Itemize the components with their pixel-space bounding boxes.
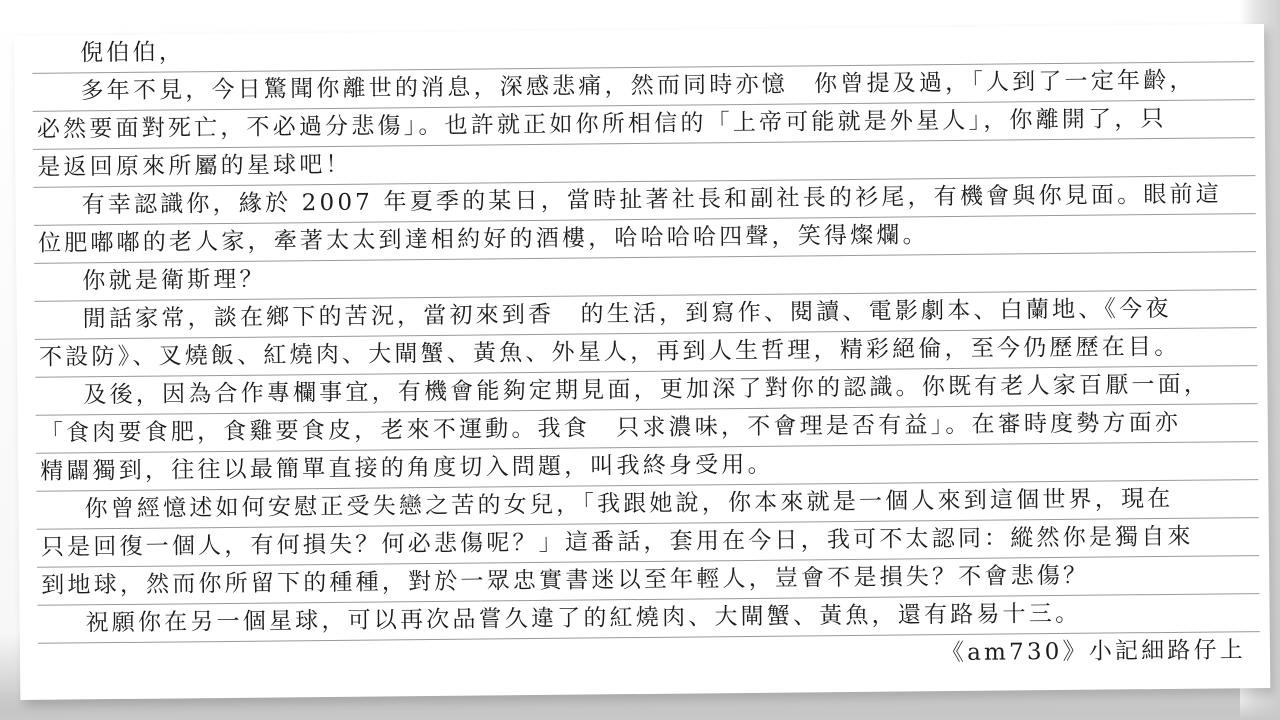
scanned-page-background: 倪伯伯， 多年不見，今日驚聞你離世的消息，深感悲痛，然而同時亦憶 你曾提及過，「… xyxy=(0,0,1280,720)
lined-letter-paper: 倪伯伯， 多年不見，今日驚聞你離世的消息，深感悲痛，然而同時亦憶 你曾提及過，「… xyxy=(14,24,1270,700)
